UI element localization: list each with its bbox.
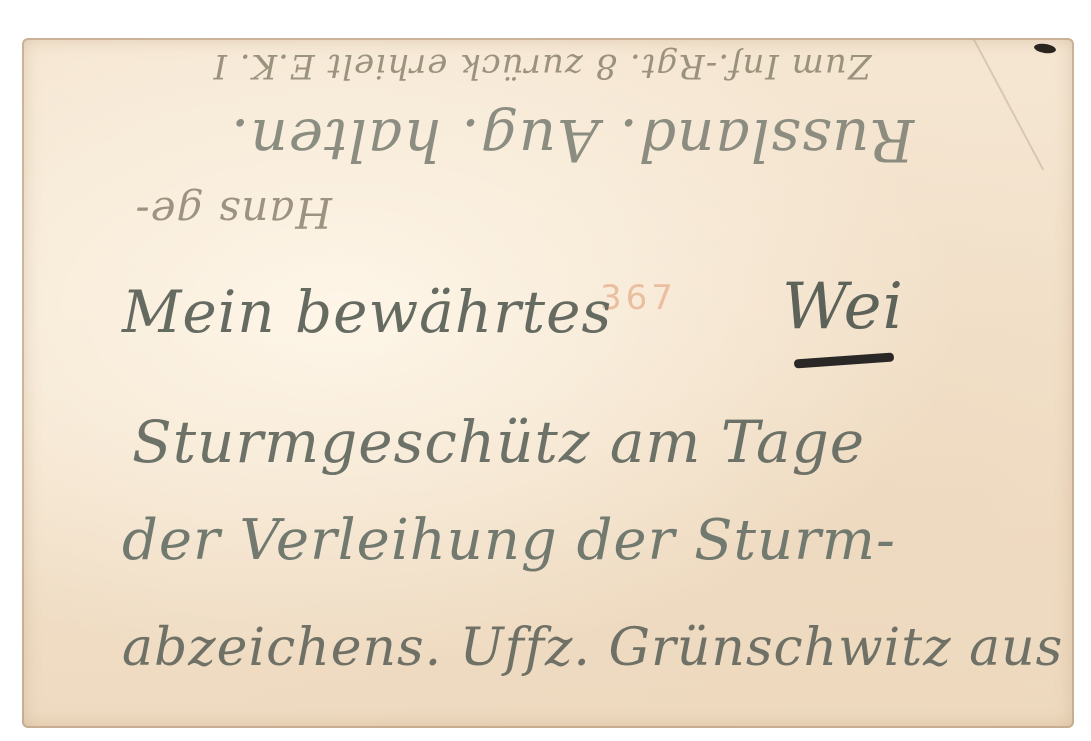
postcard-back: Zum Inf.-Rgt. 8 zurück erhielt E.K. I Ru…	[22, 38, 1074, 728]
upside-down-line-1: Zum Inf.-Rgt. 8 zurück erhielt E.K. I	[52, 46, 1032, 86]
handwritten-line-3: der Verleihung der Sturm-	[122, 508, 896, 573]
postcard-scan: Zum Inf.-Rgt. 8 zurück erhielt E.K. I Ru…	[0, 0, 1091, 741]
handwritten-underlined-word: Wei	[782, 270, 904, 344]
ink-underline	[794, 353, 894, 369]
handwritten-line-2: Sturmgeschütz am Tage	[132, 408, 865, 476]
handwritten-line-4: abzeichens. Uffz. Grünschwitz aus	[122, 618, 1063, 678]
ink-blot	[1033, 43, 1056, 55]
upside-down-line-3: Hans ge-	[32, 188, 332, 237]
handwritten-line-1: Mein bewährtes	[122, 278, 612, 346]
upside-down-line-2: Russland. Aug. halten.	[142, 106, 1002, 174]
